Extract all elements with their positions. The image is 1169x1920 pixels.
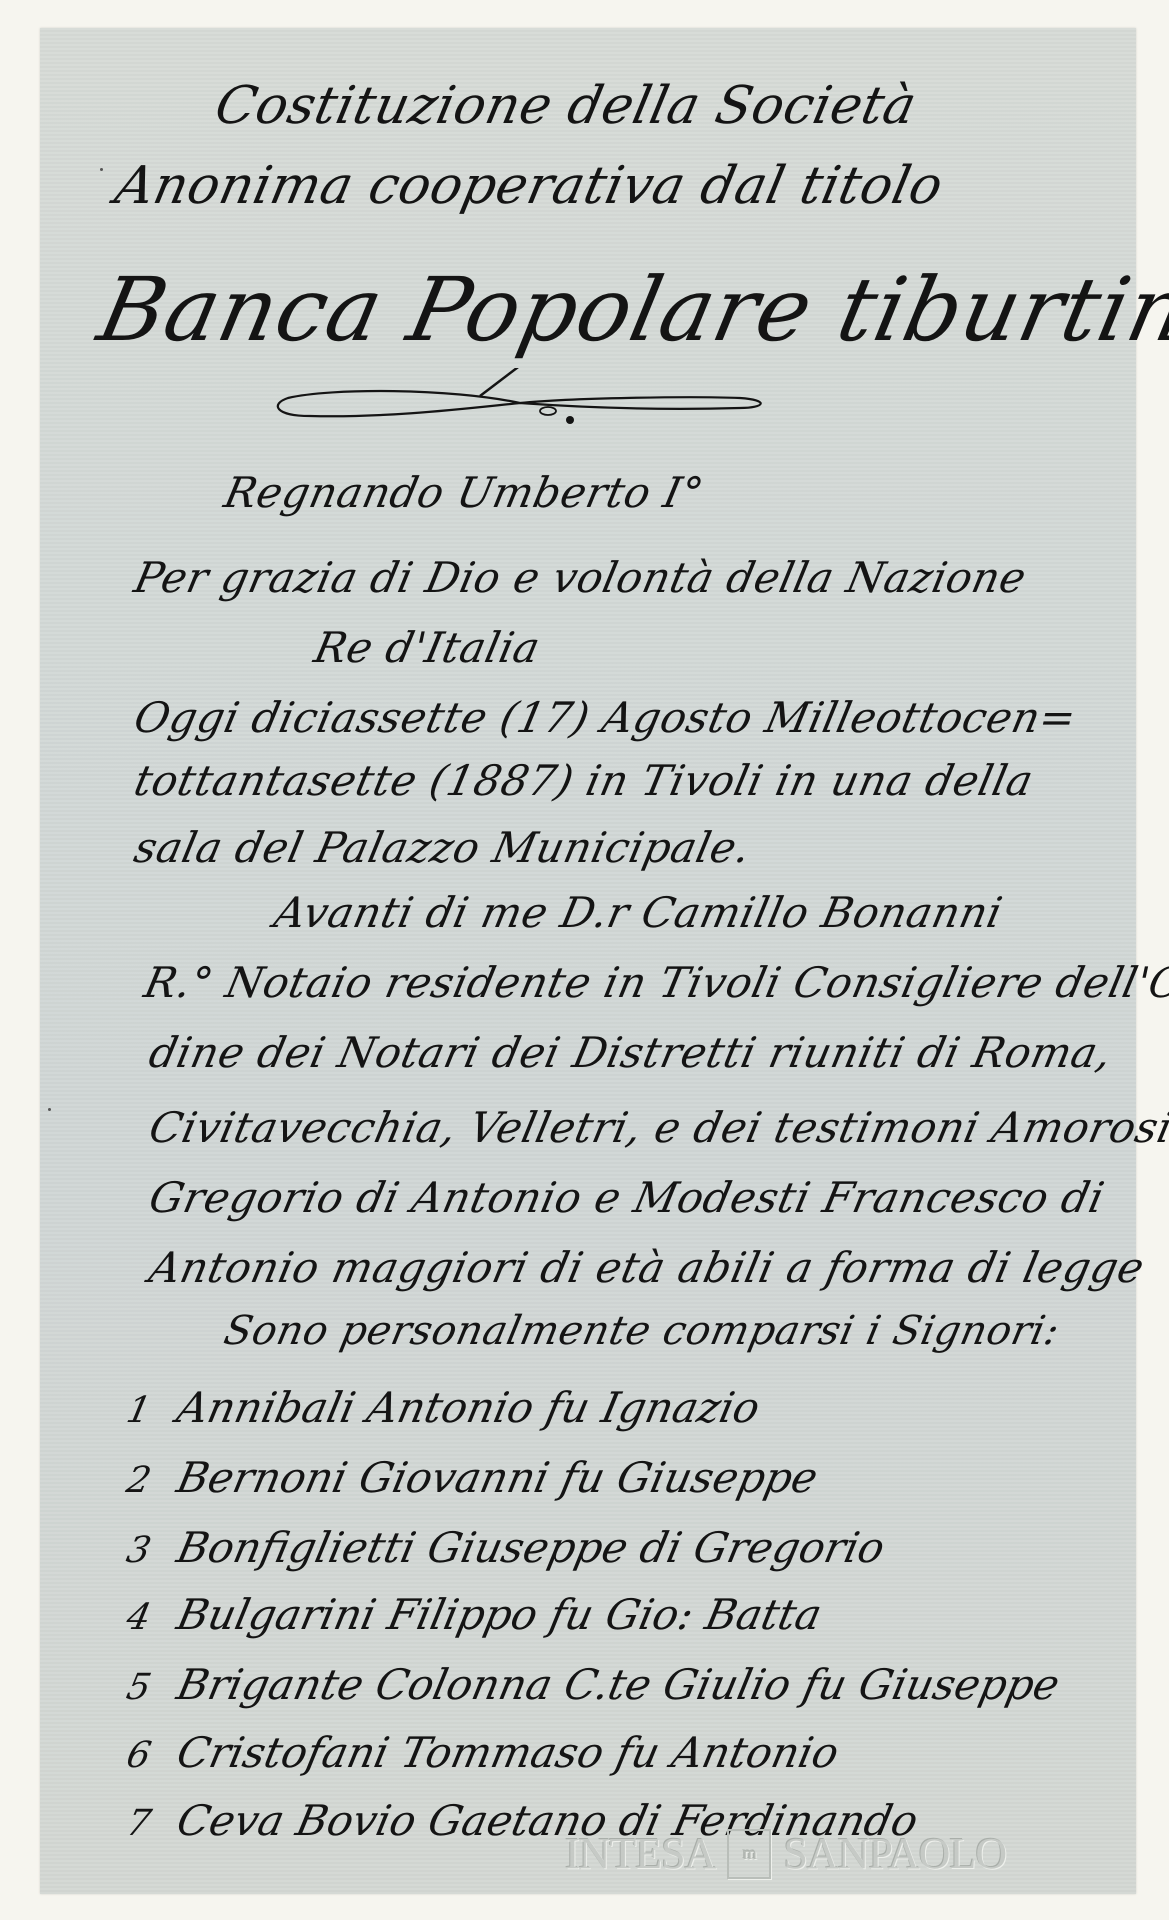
body-line-location: sala del Palazzo Municipale. bbox=[130, 823, 755, 872]
member-name: Brigante Colonna C.te Giulio fu Giuseppe bbox=[173, 1660, 1064, 1709]
intesa-sanpaolo-watermark: INTESA m SANPAOLO bbox=[565, 1828, 1006, 1879]
body-line-witnesses: Civitavecchia, Velletri, e dei testimoni… bbox=[145, 1103, 1169, 1152]
member-list-item: 1Annibali Antonio fu Ignazio bbox=[123, 1383, 764, 1432]
body-line-legal-age: Antonio maggiori di età abili a forma di… bbox=[145, 1243, 1149, 1292]
member-list-item: 4Bulgarini Filippo fu Gio: Batta bbox=[123, 1590, 826, 1639]
watermark-left-text: INTESA bbox=[565, 1828, 715, 1879]
member-name: Bulgarini Filippo fu Gio: Batta bbox=[173, 1590, 826, 1639]
bank-name-title: Banca Popolare tiburtina bbox=[90, 258, 1169, 361]
member-name: Annibali Antonio fu Ignazio bbox=[173, 1383, 764, 1432]
member-number: 4 bbox=[123, 1597, 182, 1638]
member-list-item: 6Cristofani Tommaso fu Antonio bbox=[123, 1728, 843, 1777]
member-list-item: 3Bonfiglietti Giuseppe di Gregorio bbox=[123, 1523, 889, 1572]
body-line-districts: dine dei Notari dei Distretti riuniti di… bbox=[145, 1028, 1116, 1077]
member-list-item: 2Bernoni Giovanni fu Giuseppe bbox=[123, 1453, 822, 1502]
body-line-appeared: Sono personalmente comparsi i Signori: bbox=[220, 1308, 1064, 1354]
body-line-notary: Avanti di me D.r Camillo Bonanni bbox=[270, 888, 1007, 937]
member-name: Bernoni Giovanni fu Giuseppe bbox=[173, 1453, 822, 1502]
member-number: 3 bbox=[123, 1530, 182, 1571]
body-line-year: tottantasette (1887) in Tivoli in una de… bbox=[130, 756, 1038, 805]
member-number: 2 bbox=[123, 1460, 182, 1501]
member-number: 7 bbox=[123, 1803, 182, 1844]
member-list-item: 5Brigante Colonna C.te Giulio fu Giusepp… bbox=[123, 1660, 1064, 1709]
body-line-date: Oggi diciassette (17) Agosto Milleottoce… bbox=[130, 693, 1081, 742]
body-line-witness-names: Gregorio di Antonio e Modesti Francesco … bbox=[145, 1173, 1109, 1222]
watermark-right-text: SANPAOLO bbox=[783, 1828, 1006, 1879]
member-number: 1 bbox=[123, 1390, 182, 1431]
title-line-1: Costituzione della Società bbox=[210, 76, 922, 136]
member-name: Cristofani Tommaso fu Antonio bbox=[173, 1728, 843, 1777]
title-line-2: Anonima cooperativa dal titolo bbox=[110, 156, 948, 216]
flourish-ornament-icon bbox=[270, 368, 770, 448]
manuscript-page: Costituzione della Società Anonima coope… bbox=[40, 28, 1136, 1894]
body-line-re-ditalia: Re d'Italia bbox=[310, 623, 545, 672]
paper-speck bbox=[100, 168, 103, 171]
paper-speck bbox=[48, 1108, 51, 1111]
member-number: 5 bbox=[123, 1667, 182, 1708]
body-line-regnando: Regnando Umberto I° bbox=[220, 468, 708, 517]
intesa-sanpaolo-logo-icon: m bbox=[727, 1829, 771, 1879]
body-line-grazia: Per grazia di Dio e volontà della Nazion… bbox=[130, 553, 1031, 602]
body-line-notary-residence: R.° Notaio residente in Tivoli Consiglie… bbox=[140, 958, 1169, 1007]
member-number: 6 bbox=[123, 1735, 182, 1776]
member-name: Bonfiglietti Giuseppe di Gregorio bbox=[173, 1523, 889, 1572]
